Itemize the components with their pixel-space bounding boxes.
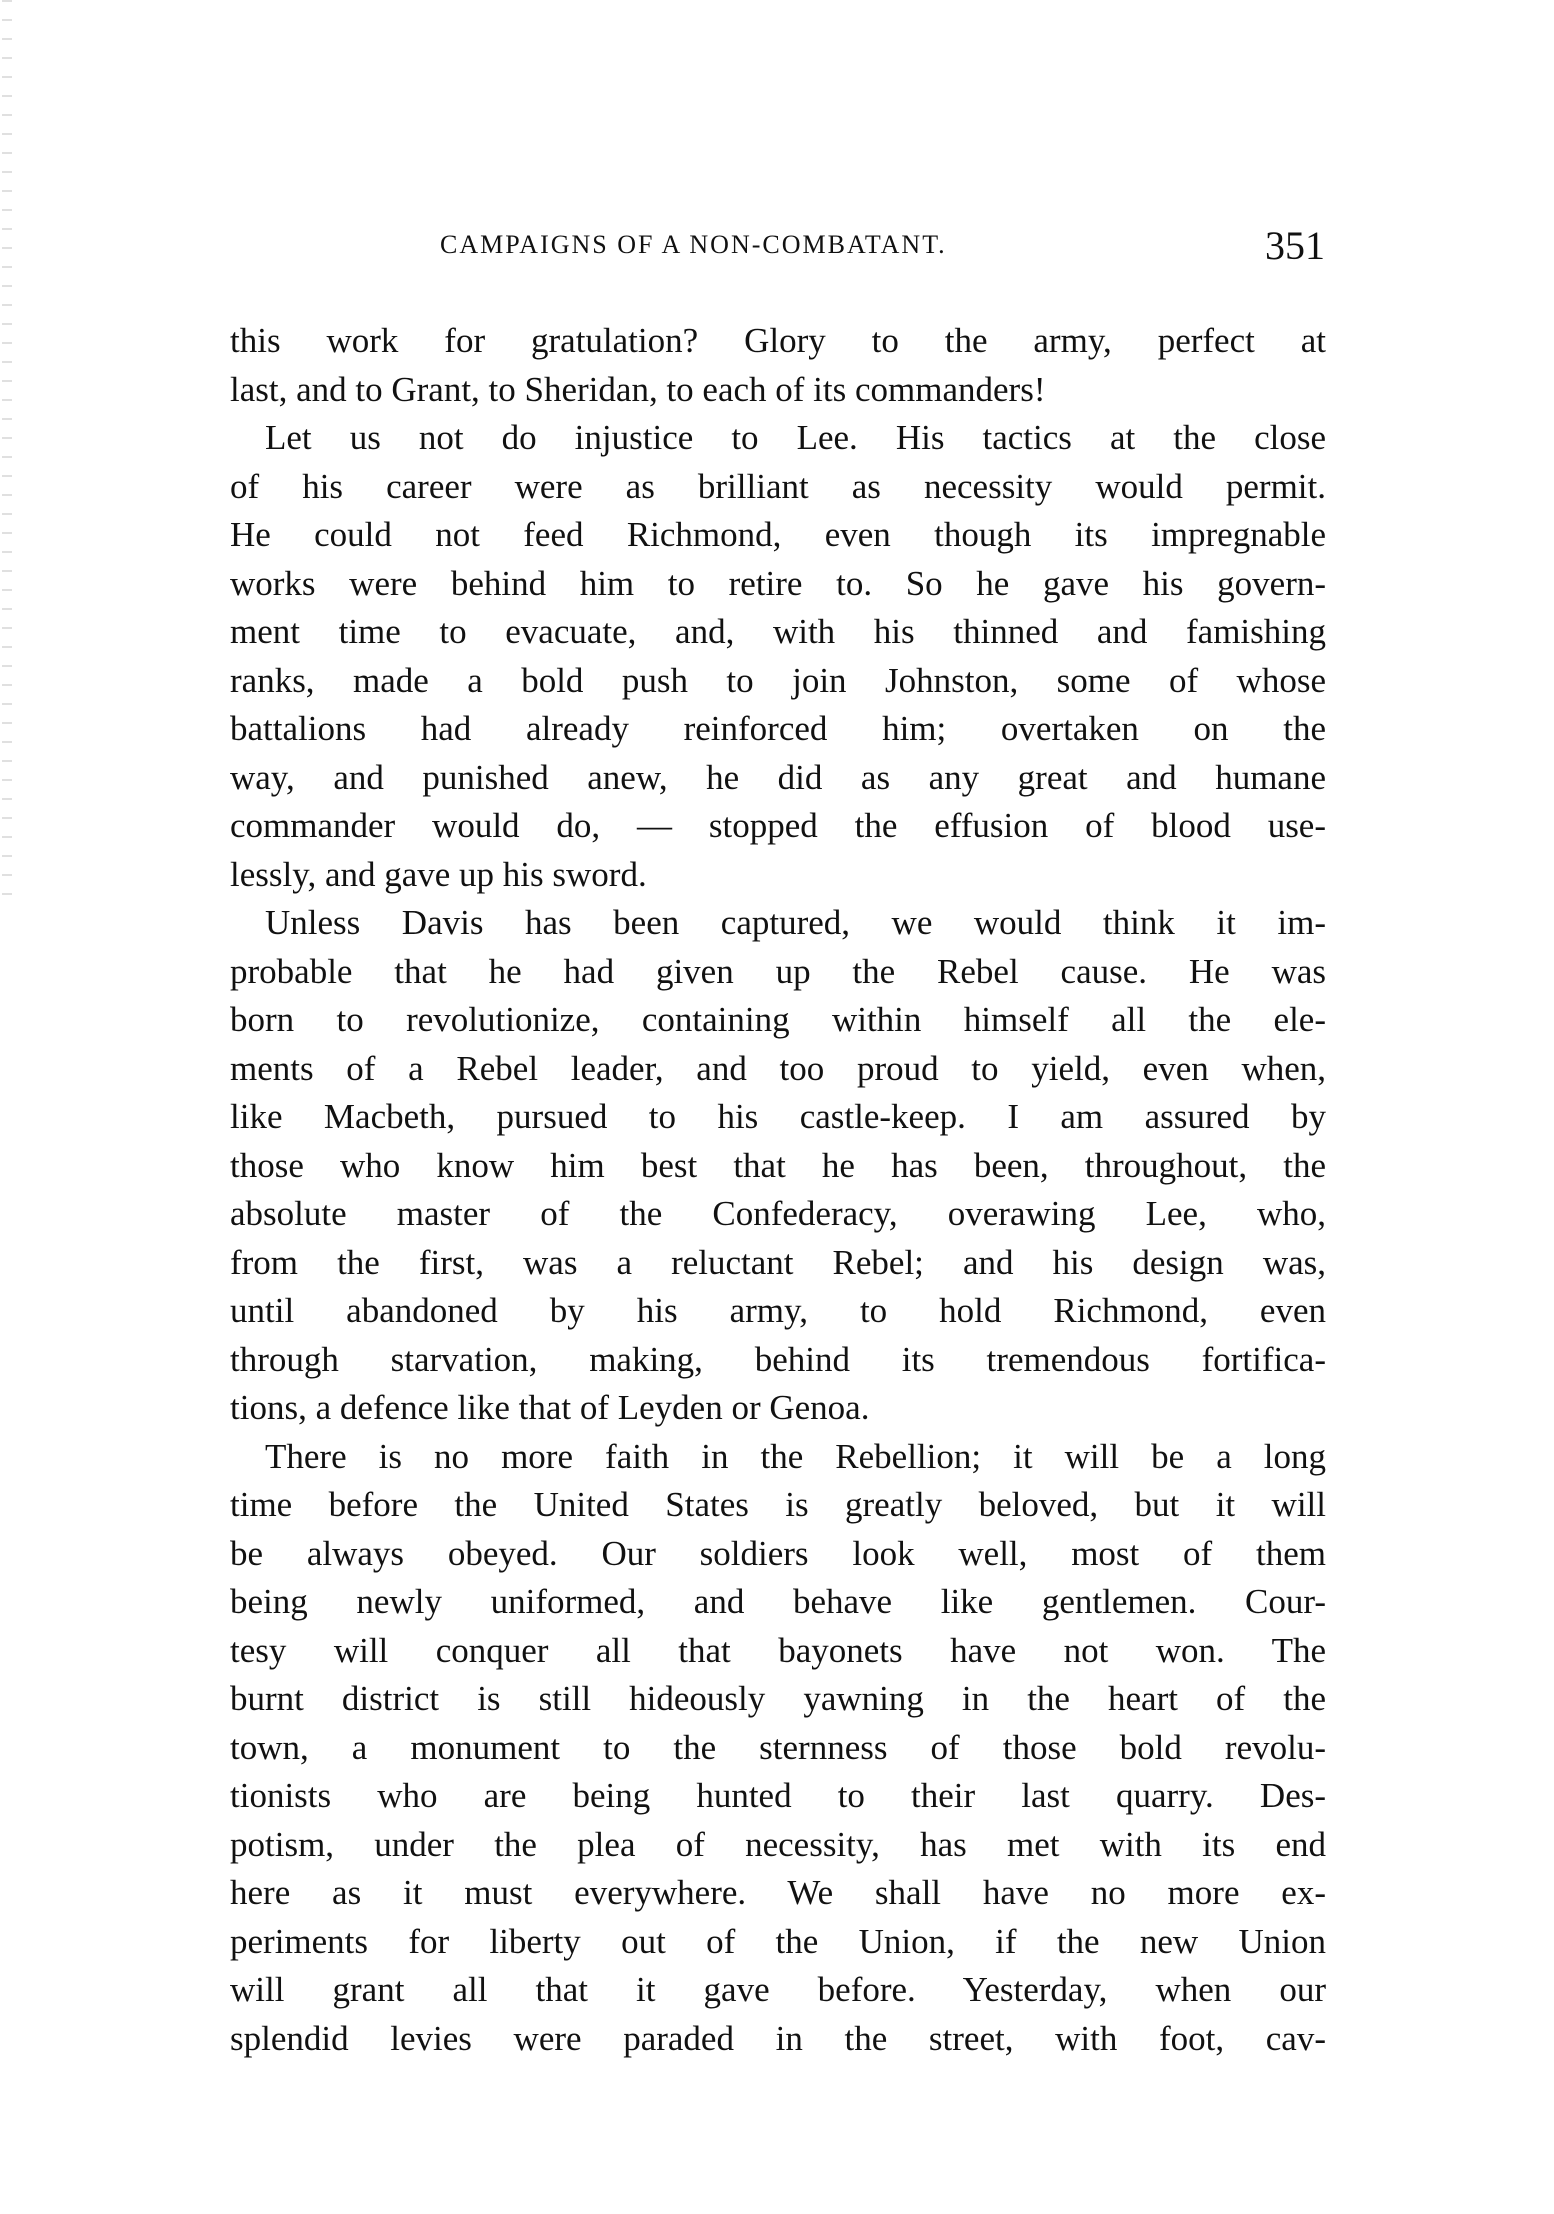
text-line: of his career were as brilliant as neces… bbox=[230, 463, 1326, 512]
text-line: commander would do, — stopped the effusi… bbox=[230, 802, 1326, 851]
text-line: He could not feed Richmond, even though … bbox=[230, 511, 1326, 560]
paragraph-start-line: Let us not do injustice to Lee. His tact… bbox=[230, 414, 1326, 463]
text-line: being newly uniformed, and behave like g… bbox=[230, 1578, 1326, 1627]
book-page: CAMPAIGNS OF A NON-COMBATANT. 351 this w… bbox=[0, 0, 1554, 2214]
text-line: splendid levies were paraded in the stre… bbox=[230, 2015, 1326, 2064]
text-line: ments of a Rebel leader, and too proud t… bbox=[230, 1045, 1326, 1094]
text-line: probable that he had given up the Rebel … bbox=[230, 948, 1326, 997]
text-line: ment time to evacuate, and, with his thi… bbox=[230, 608, 1326, 657]
paragraph-start-line: There is no more faith in the Rebellion;… bbox=[230, 1433, 1326, 1482]
text-line: way, and punished anew, he did as any gr… bbox=[230, 754, 1326, 803]
paragraph-end-line: lessly, and gave up his sword. bbox=[230, 851, 1326, 900]
text-line: burnt district is still hideously yawnin… bbox=[230, 1675, 1326, 1724]
text-line: here as it must everywhere. We shall hav… bbox=[230, 1869, 1326, 1918]
text-line: those who know him best that he has been… bbox=[230, 1142, 1326, 1191]
text-line: periments for liberty out of the Union, … bbox=[230, 1918, 1326, 1967]
text-line: tesy will conquer all that bayonets have… bbox=[230, 1627, 1326, 1676]
text-line: last, and to Grant, to Sheridan, to each… bbox=[230, 366, 1326, 415]
text-line: battalions had already reinforced him; o… bbox=[230, 705, 1326, 754]
text-line: ranks, made a bold push to join Johnston… bbox=[230, 657, 1326, 706]
text-line: town, a monument to the sternness of tho… bbox=[230, 1724, 1326, 1773]
running-title: CAMPAIGNS OF A NON-COMBATANT. bbox=[440, 230, 947, 260]
text-line: through starvation, making, behind its t… bbox=[230, 1336, 1326, 1385]
text-line: absolute master of the Confederacy, over… bbox=[230, 1190, 1326, 1239]
text-line: potism, under the plea of necessity, has… bbox=[230, 1821, 1326, 1870]
text-line: like Macbeth, pursued to his castle-keep… bbox=[230, 1093, 1326, 1142]
paragraph-end-line: tions, a defence like that of Leyden or … bbox=[230, 1384, 1326, 1433]
text-line: until abandoned by his army, to hold Ric… bbox=[230, 1287, 1326, 1336]
text-line: time before the United States is greatly… bbox=[230, 1481, 1326, 1530]
text-line: from the first, was a reluctant Rebel; a… bbox=[230, 1239, 1326, 1288]
text-line: born to revolutionize, containing within… bbox=[230, 996, 1326, 1045]
text-line: be always obeyed. Our soldiers look well… bbox=[230, 1530, 1326, 1579]
text-line: this work for gratulation? Glory to the … bbox=[230, 317, 1326, 366]
text-line: tionists who are being hunted to their l… bbox=[230, 1772, 1326, 1821]
paragraph-start-line: Unless Davis has been captured, we would… bbox=[230, 899, 1326, 948]
scan-edge-speckle bbox=[2, 0, 12, 900]
page-number: 351 bbox=[1265, 222, 1325, 269]
text-line: works were behind him to retire to. So h… bbox=[230, 560, 1326, 609]
body-text: this work for gratulation? Glory to the … bbox=[230, 317, 1326, 2063]
text-line: will grant all that it gave before. Yest… bbox=[230, 1966, 1326, 2015]
running-head: CAMPAIGNS OF A NON-COMBATANT. 351 bbox=[440, 222, 1325, 266]
